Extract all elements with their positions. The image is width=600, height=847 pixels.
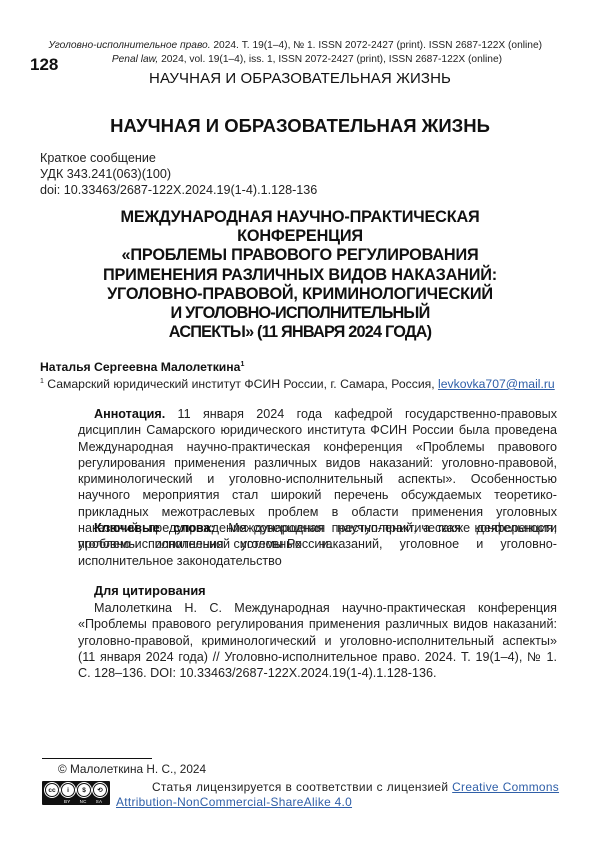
badge-label-nc: NC xyxy=(80,799,87,804)
cc-license-badge-icon: cc i $ ⟲ BY NC SA xyxy=(42,781,110,805)
doi: doi: 10.33463/2687-122X.2024.19(1-4).1.1… xyxy=(40,182,317,198)
article-type: Краткое сообщение xyxy=(40,150,317,166)
author-name-text: Наталья Сергеевна Малолеткина xyxy=(40,360,240,374)
attribution-icon: i xyxy=(61,783,75,797)
title-line: ПРИМЕНЕНИЯ РАЗЛИЧНЫХ ВИДОВ НАКАЗАНИЙ: xyxy=(60,266,540,285)
article-meta: Краткое сообщение УДК 343.241(063)(100) … xyxy=(40,150,317,198)
badge-label-sa: SA xyxy=(96,799,103,804)
author-name: Наталья Сергеевна Малолеткина1 xyxy=(40,360,244,374)
copyright: © Малолеткина Н. С., 2024 xyxy=(58,762,206,776)
license-statement: Статья лицензируется в соответствии с ли… xyxy=(116,780,559,810)
section-heading: НАУЧНАЯ И ОБРАЗОВАТЕЛЬНАЯ ЖИЗНЬ xyxy=(0,115,600,137)
title-line: УГОЛОВНО-ПРАВОВОЙ, КРИМИНОЛОГИЧЕСКИЙ xyxy=(60,285,540,304)
keywords-label: Ключевые слова: xyxy=(94,521,215,535)
cc-icon: cc xyxy=(45,783,59,797)
keywords: Ключевые слова: Международная научно-пра… xyxy=(78,520,557,569)
author-email-link[interactable]: levkovka707@mail.ru xyxy=(438,377,555,391)
citation-text: Малолеткина Н. С. Международная научно-п… xyxy=(78,600,557,681)
footnote-divider xyxy=(42,758,152,759)
journal-title-en: Penal law, xyxy=(112,54,158,65)
license-text: Статья лицензируется в соответствии с ли… xyxy=(152,780,452,794)
running-head-line-2: Penal law, 2024, vol. 19(1–4), iss. 1, I… xyxy=(40,53,542,67)
title-line: АСПЕКТЫ» (11 ЯНВАРЯ 2024 ГОДА) xyxy=(60,323,540,342)
sharealike-icon: ⟲ xyxy=(93,783,107,797)
journal-title-ru: Уголовно-исполнительное право. xyxy=(48,40,210,51)
noncommercial-icon: $ xyxy=(77,783,91,797)
badge-label-by: BY xyxy=(64,799,71,804)
journal-issue-en: 2024, vol. 19(1–4), iss. 1, ISSN 2072-24… xyxy=(158,54,502,65)
journal-issue-ru: 2024. Т. 19(1–4), № 1. ISSN 2072-2427 (p… xyxy=(211,40,542,51)
author-footnote-marker: 1 xyxy=(240,361,244,368)
title-line: «ПРОБЛЕМЫ ПРАВОВОГО РЕГУЛИРОВАНИЯ xyxy=(60,246,540,265)
running-head: Уголовно-исполнительное право. 2024. Т. … xyxy=(40,39,542,67)
abstract-label: Аннотация. xyxy=(94,407,165,421)
citation-heading: Для цитирования xyxy=(94,583,206,598)
article-title: МЕЖДУНАРОДНАЯ НАУЧНО-ПРАКТИЧЕСКАЯ КОНФЕР… xyxy=(60,208,540,342)
title-line: КОНФЕРЕНЦИЯ xyxy=(60,227,540,246)
title-line: И УГОЛОВНО-ИСПОЛНИТЕЛЬНЫЙ xyxy=(60,304,540,323)
running-head-line-1: Уголовно-исполнительное право. 2024. Т. … xyxy=(48,40,542,51)
author-affiliation: 1 Самарский юридический институт ФСИН Ро… xyxy=(40,377,555,391)
title-line: МЕЖДУНАРОДНАЯ НАУЧНО-ПРАКТИЧЕСКАЯ xyxy=(60,208,540,227)
affiliation-text: Самарский юридический институт ФСИН Росс… xyxy=(44,377,438,391)
section-running-title: НАУЧНАЯ И ОБРАЗОВАТЕЛЬНАЯ ЖИЗНЬ xyxy=(0,70,600,87)
udc-code: УДК 343.241(063)(100) xyxy=(40,166,317,182)
